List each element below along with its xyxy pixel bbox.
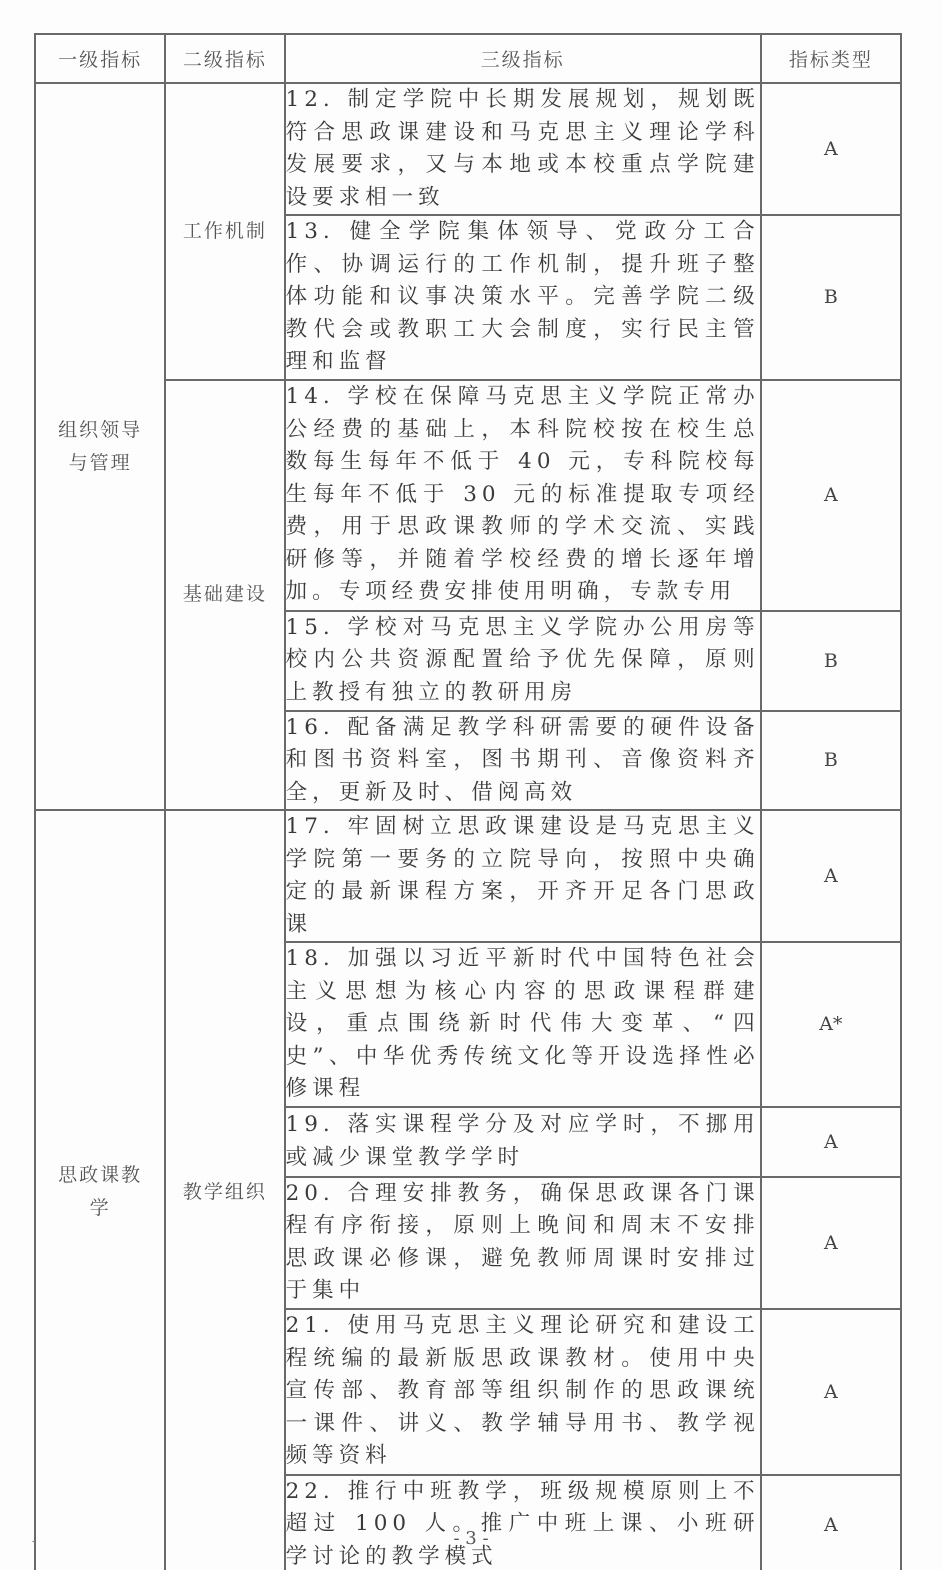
- level3-cell: 14. 学校在保障马克思主义学院正常办公经费的基础上，本科院校按在校生总数每生每…: [285, 380, 761, 611]
- level3-cell: 19. 落实课程学分及对应学时，不挪用或减少课堂教学学时: [285, 1107, 761, 1177]
- level3-cell: 20. 合理安排教务，确保思政课各门课程有序衔接，原则上晚间和周末不安排思政课必…: [285, 1177, 761, 1309]
- level2-cell: 工作机制: [165, 83, 284, 380]
- indicator-table: 一级指标 二级指标 三级指标 指标类型 组织领导与管理 工作机制 12. 制定学…: [34, 33, 902, 1570]
- level2-cell: 教学组织: [165, 810, 284, 1570]
- type-cell: B: [761, 215, 901, 380]
- table-row: 基础建设 14. 学校在保障马克思主义学院正常办公经费的基础上，本科院校按在校生…: [35, 380, 901, 611]
- header-level2: 二级指标: [165, 34, 284, 83]
- header-level1: 一级指标: [35, 34, 165, 83]
- level1-cell: 思政课教学: [35, 810, 165, 1570]
- type-cell: A: [761, 83, 901, 215]
- type-cell: A: [761, 1177, 901, 1309]
- level3-cell: 12. 制定学院中长期发展规划，规划既符合思政课建设和马克思主义理论学科发展要求…: [285, 83, 761, 215]
- level3-cell: 17. 牢固树立思政课建设是马克思主义学院第一要务的立院导向，按照中央确定的最新…: [285, 810, 761, 942]
- table-row: 组织领导与管理 工作机制 12. 制定学院中长期发展规划，规划既符合思政课建设和…: [35, 83, 901, 215]
- type-cell: B: [761, 711, 901, 811]
- header-type: 指标类型: [761, 34, 901, 83]
- level3-cell: 13. 健全学院集体领导、党政分工合作、协调运行的工作机制，提升班子整体功能和议…: [285, 215, 761, 380]
- page-number: - 3 -: [0, 1528, 942, 1549]
- level3-cell: 18. 加强以习近平新时代中国特色社会主义思想为核心内容的思政课程群建设，重点围…: [285, 942, 761, 1107]
- type-cell: A: [761, 1475, 901, 1570]
- level3-cell: 22. 推行中班教学，班级规模原则上不超过 100 人。推广中班上课、小班研学讨…: [285, 1475, 761, 1570]
- level3-cell: 15. 学校对马克思主义学院办公用房等校内公共资源配置给予优先保障，原则上教授有…: [285, 611, 761, 711]
- header-level3: 三级指标: [285, 34, 761, 83]
- document-page: 一级指标 二级指标 三级指标 指标类型 组织领导与管理 工作机制 12. 制定学…: [0, 0, 942, 1570]
- level3-cell: 21. 使用马克思主义理论研究和建设工程统编的最新版思政课教材。使用中央宣传部、…: [285, 1309, 761, 1475]
- type-cell: A: [761, 380, 901, 611]
- level3-cell: 16. 配备满足教学科研需要的硬件设备和图书资料室，图书期刊、音像资料齐全，更新…: [285, 711, 761, 811]
- type-cell: A*: [761, 942, 901, 1107]
- level2-cell: 基础建设: [165, 380, 284, 811]
- level1-cell: 组织领导与管理: [35, 83, 165, 810]
- table-row: 思政课教学 教学组织 17. 牢固树立思政课建设是马克思主义学院第一要务的立院导…: [35, 810, 901, 942]
- type-cell: A: [761, 1107, 901, 1177]
- type-cell: A: [761, 810, 901, 942]
- type-cell: A: [761, 1309, 901, 1475]
- type-cell: B: [761, 611, 901, 711]
- table-header-row: 一级指标 二级指标 三级指标 指标类型: [35, 34, 901, 83]
